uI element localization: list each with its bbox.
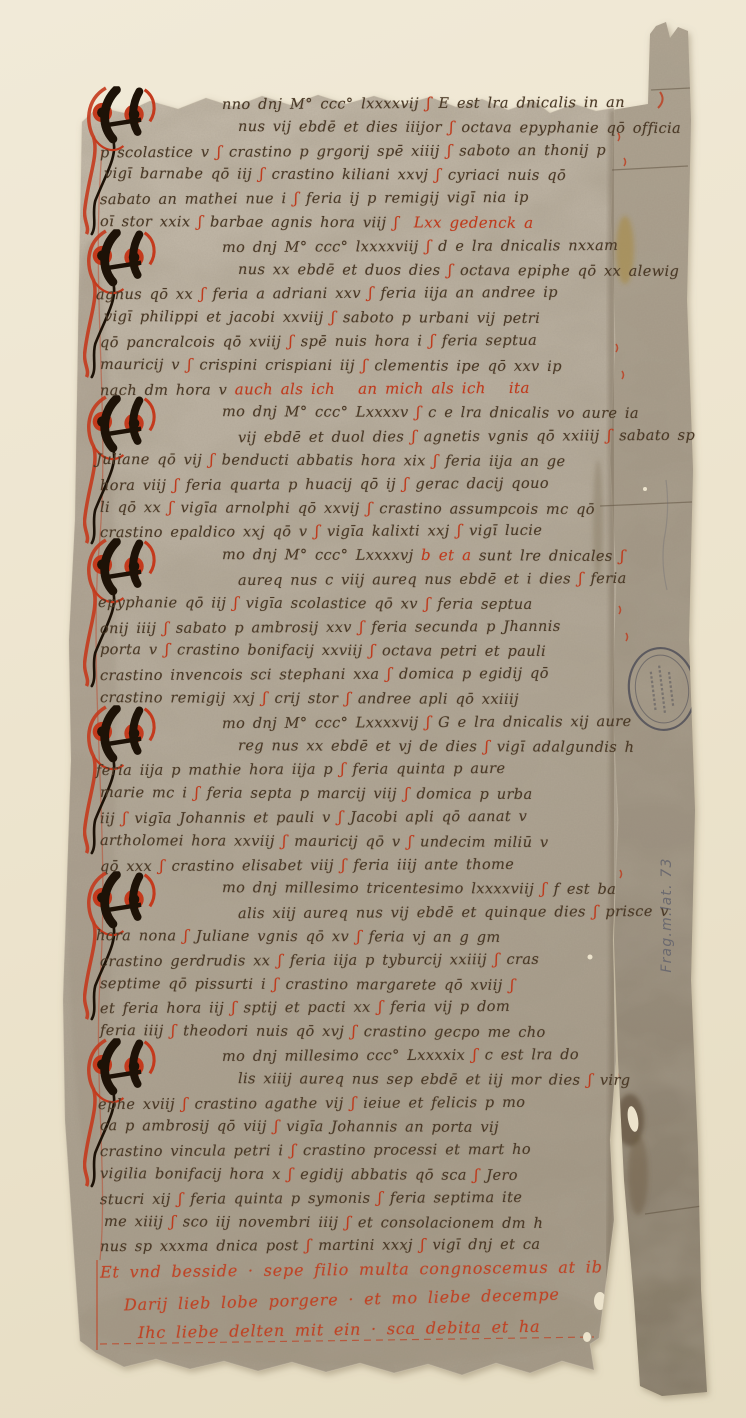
manuscript-line: iij ʃ vigīa Johannis et pauli v ʃ Jacobi…	[100, 809, 527, 827]
manuscript-line: nno dnj M° ccc° lxxxxvij ʃ E est lra dni…	[222, 95, 625, 113]
manuscript-line: ca p ambrosij qō viij ʃ vigīa Johannis a…	[100, 1119, 499, 1136]
manuscript-line: nus vij ebdē et dies iiijor ʃ octava epy…	[238, 119, 681, 136]
manuscript-line: li qō xx ʃ vigīa arnolphi qō xxvij ʃ cra…	[100, 500, 595, 518]
manuscript-line: nus xx ebdē et duos dies ʃ octava epiphe…	[238, 262, 679, 279]
manuscript-line: hora viij ʃ feria quarta p huacij qō ij …	[100, 476, 549, 494]
manuscript-line: feria iija p mathie hora iija p ʃ feria …	[96, 761, 506, 779]
decorated-initial-A	[83, 871, 171, 1021]
manuscript-line: sabato an mathei nue i ʃ feria ij p remi…	[100, 190, 529, 208]
manuscript-line: p scolastice v ʃ crastino p grgorij spē …	[100, 142, 606, 160]
manuscript-line: alis xiij aureq nus vij ebdē et quinque …	[238, 904, 669, 922]
manuscript-line: crastino invencois sci stephani xxa ʃ do…	[100, 666, 549, 684]
manuscript-line: mauricij v ʃ crispini crispiani iij ʃ cl…	[100, 357, 562, 375]
manuscript-line: me xiiij ʃ sco iij novembri iiij ʃ et co…	[104, 1214, 543, 1231]
manuscript-line: agnus qō xx ʃ feria a adriani xxv ʃ feri…	[96, 285, 558, 303]
manuscript-line: marie mc i ʃ feria septa p marcij viij ʃ…	[100, 785, 533, 802]
manuscript-line: ephe xviij ʃ crastino agathe vij ʃ ieiue…	[98, 1094, 525, 1112]
manuscript-line: onij iiij ʃ sabato p ambrosij xxv ʃ feri…	[100, 618, 561, 636]
manuscript-line: vigī barnabe qō iij ʃ crastino kiliani x…	[104, 166, 566, 184]
manuscript-line: hora nona ʃ Juliane vgnis qō xv ʃ feria …	[96, 928, 501, 945]
manuscript-line: et feria hora iij ʃ sptij et pacti xx ʃ …	[100, 999, 510, 1017]
manuscript-line: epyphanie qō iij ʃ vigīa scolastice qō x…	[98, 595, 533, 612]
manuscript-line: qō pancralcois qō xviij ʃ spē nuis hora …	[100, 333, 537, 351]
manuscript-line: vigī philippi et jacobi xxviij ʃ saboto …	[104, 309, 540, 326]
decorated-initial-A	[83, 538, 171, 688]
manuscript-photograph: nno dnj M° ccc° lxxxxvij ʃ E est lra dni…	[0, 0, 746, 1418]
red-colophon-line: Et vnd besside · sepe filio multa congno…	[100, 1259, 603, 1280]
shelfmark-pencil: Frag.m.lat. 73	[659, 824, 679, 1006]
manuscript-line: vigilia bonifacij hora x ʃ egidij abbati…	[100, 1166, 518, 1183]
manuscript-line: aureq nus c viij aureq nus ebdē et i die…	[238, 571, 627, 589]
manuscript-line: crastino vincula petri i ʃ crastino proc…	[100, 1142, 531, 1160]
manuscript-line: vij ebdē et duol dies ʃ agnetis vgnis qō…	[238, 428, 695, 446]
manuscript-line: mo dnj millesimo ccc° Lxxxxix ʃ c est lr…	[222, 1047, 579, 1064]
manuscript-line: artholomei hora xxviij ʃ mauricij qō v ʃ…	[100, 833, 549, 850]
manuscript-line: porta v ʃ crastino bonifacij xxviij ʃ oc…	[100, 642, 546, 659]
manuscript-line: mo dnj M° ccc° Lxxxxvj b et a sunt lre d…	[222, 547, 625, 564]
manuscript-line: crastino gerdrudis xx ʃ feria iija p tyb…	[100, 952, 539, 970]
red-colophon-line: Darij lieb lobe porgere · et mo liebe de…	[124, 1287, 560, 1314]
manuscript-line: septime qō pissurti i ʃ crastino margare…	[100, 976, 515, 993]
manuscript-line: reg nus xx ebdē et vj de dies ʃ vigī ada…	[238, 738, 634, 755]
manuscript-line: mo dnj M° ccc° Lxxxxvij ʃ G e lra dnical…	[222, 714, 632, 732]
manuscript-line: mo dnj M° ccc° lxxxxviij ʃ d e lra dnica…	[222, 238, 618, 256]
manuscript-line: mo dnj M° ccc° Lxxxxv ʃ c e lra dnicalis…	[222, 404, 639, 421]
manuscript-line: Juliane qō vij ʃ benducti abbatis hora x…	[96, 452, 566, 470]
red-colophon-line: Ihc liebe delten mit ein · sca debita et…	[138, 1319, 541, 1341]
manuscript-line: stucri xij ʃ feria quinta p symonis ʃ fe…	[100, 1190, 522, 1208]
manuscript-line: lis xiiij aureq nus sep ebdē et iij mor …	[238, 1071, 631, 1088]
manuscript-line: nus sp xxxma dnica post ʃ martini xxxj ʃ…	[100, 1237, 540, 1255]
decorated-initial-A	[83, 395, 171, 545]
manuscript-line: mo dnj millesimo tricentesimo lxxxxviij …	[222, 881, 616, 898]
text-layer: nno dnj M° ccc° lxxxxvij ʃ E est lra dni…	[0, 0, 746, 1418]
